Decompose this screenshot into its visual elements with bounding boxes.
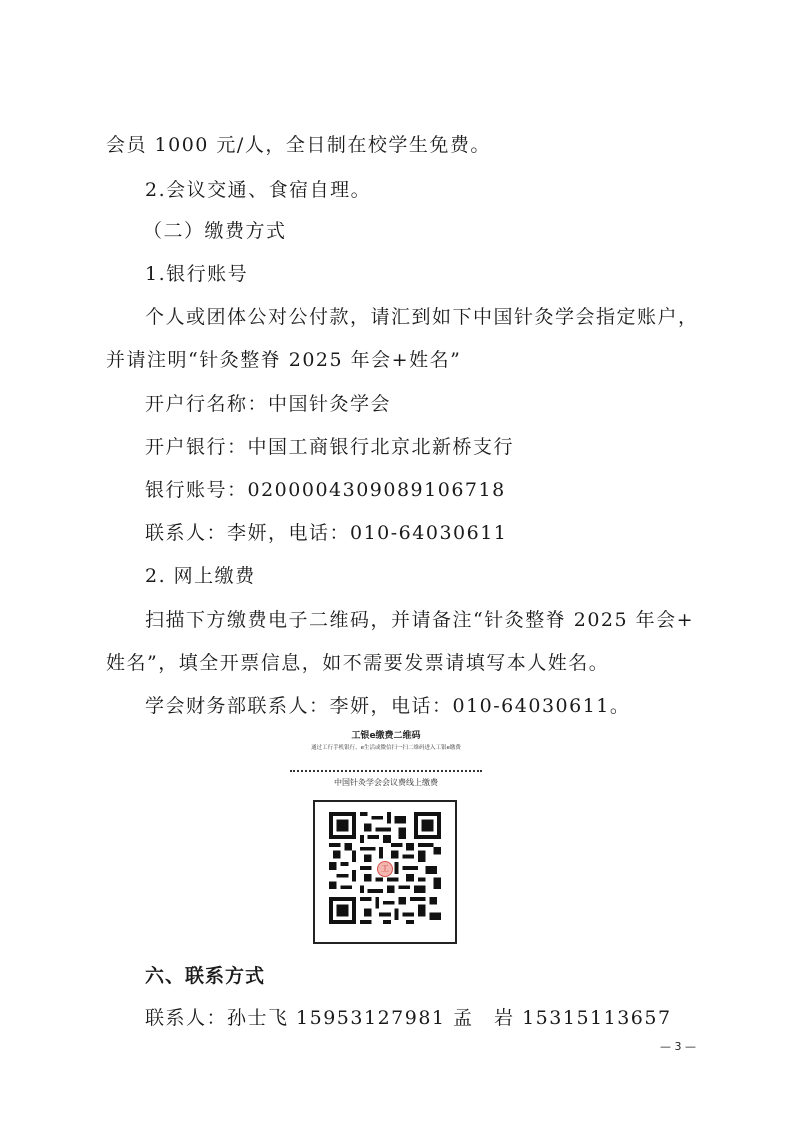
finance-contact: 学会财务部联系人：李妍，电话：010-64030611。	[145, 691, 630, 718]
item-online-payment: 2. 网上缴费	[145, 561, 256, 588]
item-bank-account: 1.银行账号	[145, 259, 248, 286]
item-transport-lodging: 2.会议交通、食宿自理。	[145, 175, 371, 202]
online-payment-instruction: 扫描下方缴费电子二维码，并请备注“针灸整脊 2025 年会+	[145, 605, 694, 632]
qr-payee-name: 中国针灸学会会议费线上缴费	[288, 777, 484, 788]
bank-transfer-remark: 并请注明“针灸整脊 2025 年会+姓名”	[106, 345, 461, 372]
qr-subtitle: 通过工行手机银行、e生活或微信扫一扫二维码进入工银e缴费	[288, 743, 484, 751]
page-number: — 3 —	[660, 1040, 696, 1053]
section-heading-contact: 六、联系方式	[145, 961, 265, 988]
bank-contact: 联系人：李妍，电话：010-64030611	[145, 518, 507, 545]
payment-qr-card: 工银e缴费二维码 通过工行手机银行、e生活或微信扫一扫二维码进入工银e缴费 中国…	[288, 726, 484, 946]
qr-frame: 工	[313, 800, 457, 944]
icbc-logo-icon: 工	[377, 861, 393, 877]
bank-branch: 开户银行：中国工商银行北京北新桥支行	[145, 432, 514, 459]
account-name: 开户行名称：中国针灸学会	[145, 389, 391, 416]
dotted-divider	[290, 770, 482, 772]
qr-title: 工银e缴费二维码	[288, 728, 484, 741]
account-number: 银行账号：0200004309089106718	[145, 475, 506, 502]
bank-transfer-instruction: 个人或团体公对公付款，请汇到如下中国针灸学会指定账户，	[145, 302, 699, 329]
online-payment-instruction-cont: 姓名”，填全开票信息，如不需要发票请填写本人姓名。	[106, 648, 609, 675]
contact-persons: 联系人：孙士飞 15953127981 孟 岩 15315113657	[145, 1003, 672, 1030]
fee-note-line: 会员 1000 元/人，全日制在校学生免费。	[106, 130, 491, 157]
subheading-payment-method: （二）缴费方式	[143, 216, 287, 243]
